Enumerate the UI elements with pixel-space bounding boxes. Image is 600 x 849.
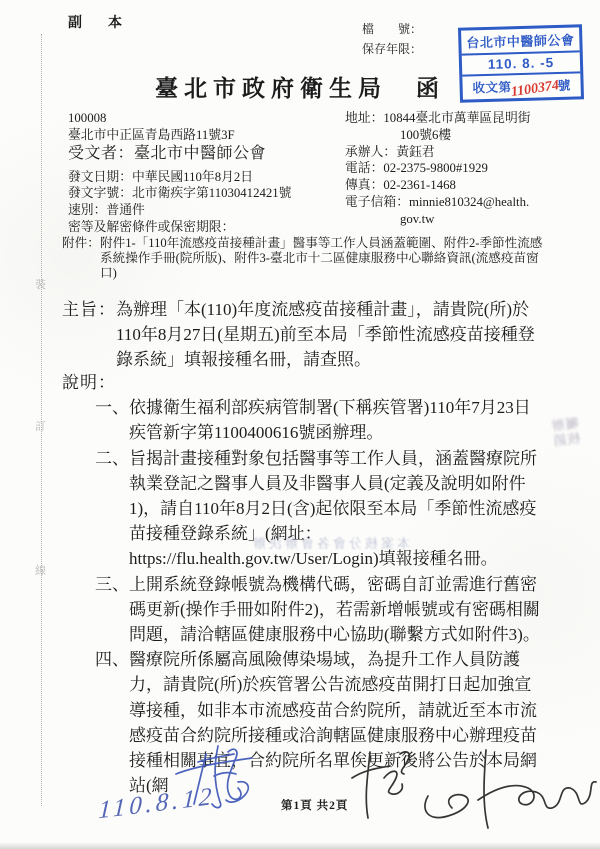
scanned-official-letter: 裝 訂 線 副 本 檔 號： 保存年限： 台北市中醫師公會 110. 8. -5… xyxy=(0,0,600,849)
retention-label: 保存年限： xyxy=(362,39,422,59)
show-through-stamp: 囑辦 核銷 xyxy=(538,410,597,476)
binding-char-ding: 訂 xyxy=(35,418,46,434)
attachment-text: 附件1-「110年流感疫苗接種計畫」醫事等工作人員涵蓋範圍、附件2-季節性流感系… xyxy=(100,236,548,281)
attachment-label: 附件： xyxy=(62,236,100,281)
item-number: 二、 xyxy=(95,446,129,572)
recipient-block: 100008 臺北市中正區青島西路11號3F 受文者：臺北市中醫師公會 發文日期… xyxy=(68,110,291,235)
subject-label: 主旨： xyxy=(62,297,116,372)
sender-block: 地址：10844臺北市萬華區昆明街 100號6樓 承辦人：黃鈺君 電話：02-2… xyxy=(345,110,585,228)
binding-char-xian: 線 xyxy=(35,562,46,578)
document-title: 臺北市政府衛生局 函 xyxy=(0,70,600,103)
receipt-stamp-org: 台北市中醫師公會 xyxy=(461,27,580,53)
binding-char-zhuang: 裝 xyxy=(35,276,46,292)
recipient-address: 臺北市中正區青島西路11號3F xyxy=(68,127,291,144)
secrecy-class: 密等及解密條件或保密期限： xyxy=(68,219,291,236)
attachment-line: 附件： 附件1-「110年流感疫苗接種計畫」醫事等工作人員涵蓋範圍、附件2-季節… xyxy=(62,236,548,281)
sender-phone: 電話：02-2375-9800#1929 xyxy=(345,160,585,177)
sender-address-1: 地址：10844臺北市萬華區昆明街 xyxy=(345,110,585,127)
subject-line: 主旨： 為辦理「本(110)年度流感疫苗接種計畫」，請貴院(所)於110年8月2… xyxy=(62,297,544,372)
sender-address-2: 100號6樓 xyxy=(345,127,585,144)
sender-contact: 承辦人：黃鈺君 xyxy=(345,144,585,161)
recipient-name: 受文者：臺北市中醫師公會 xyxy=(68,146,291,163)
item-text: 旨揭計畫接種對象包括醫事等工作人員，涵蓋醫療院所執業登記之醫事人員及非醫事人員(… xyxy=(129,446,545,572)
show-through-text: 本案核分會各會辦決辦 xyxy=(250,533,410,552)
item-number: 一、 xyxy=(95,395,129,445)
scan-edge-shadow xyxy=(0,842,600,849)
item-text: 上開系統登錄帳號為機構代碼，密碼自訂並需進行舊密碼更新(操作手冊如附件2)，若需… xyxy=(129,572,545,648)
explanation-block: 說明： 一、 依據衛生福利部疾病管制署(下稱疾管署)110年7月23日疾管新字第… xyxy=(62,370,548,798)
recipient-zip: 100008 xyxy=(68,110,291,127)
explanation-item-1: 一、 依據衛生福利部疾病管制署(下稱疾管署)110年7月23日疾管新字第1100… xyxy=(95,395,548,445)
doc-number: 發文字號：北市衛疾字第11030412421號 xyxy=(68,185,291,202)
speed-class: 速別：普通件 xyxy=(68,202,291,219)
sender-email-1: 電子信箱：minnie810324@health. xyxy=(345,194,585,211)
file-no-label: 檔 號： xyxy=(362,19,422,39)
explanation-item-2: 二、 旨揭計畫接種對象包括醫事等工作人員，涵蓋醫療院所執業登記之醫事人員及非醫事… xyxy=(95,446,548,572)
copy-label: 副 本 xyxy=(68,12,128,32)
explanation-item-3: 三、 上開系統登錄帳號為機構代碼，密碼自訂並需進行舊密碼更新(操作手冊如附件2)… xyxy=(95,572,548,648)
explanation-label: 說明： xyxy=(62,370,548,395)
subject-text: 為辦理「本(110)年度流感疫苗接種計畫」，請貴院(所)於110年8月27日(星… xyxy=(116,297,544,372)
sender-email-2: gov.tw xyxy=(345,211,585,228)
item-text: 依據衛生福利部疾病管制署(下稱疾管署)110年7月23日疾管新字第1100400… xyxy=(129,395,545,445)
item-number: 四、 xyxy=(95,647,129,798)
file-labels: 檔 號： 保存年限： xyxy=(362,19,422,59)
black-signature xyxy=(336,738,598,840)
issue-date: 發文日期：中華民國110年8月2日 xyxy=(68,169,291,186)
item-number: 三、 xyxy=(95,572,129,648)
sender-fax: 傳真：02-2361-1468 xyxy=(345,177,585,194)
